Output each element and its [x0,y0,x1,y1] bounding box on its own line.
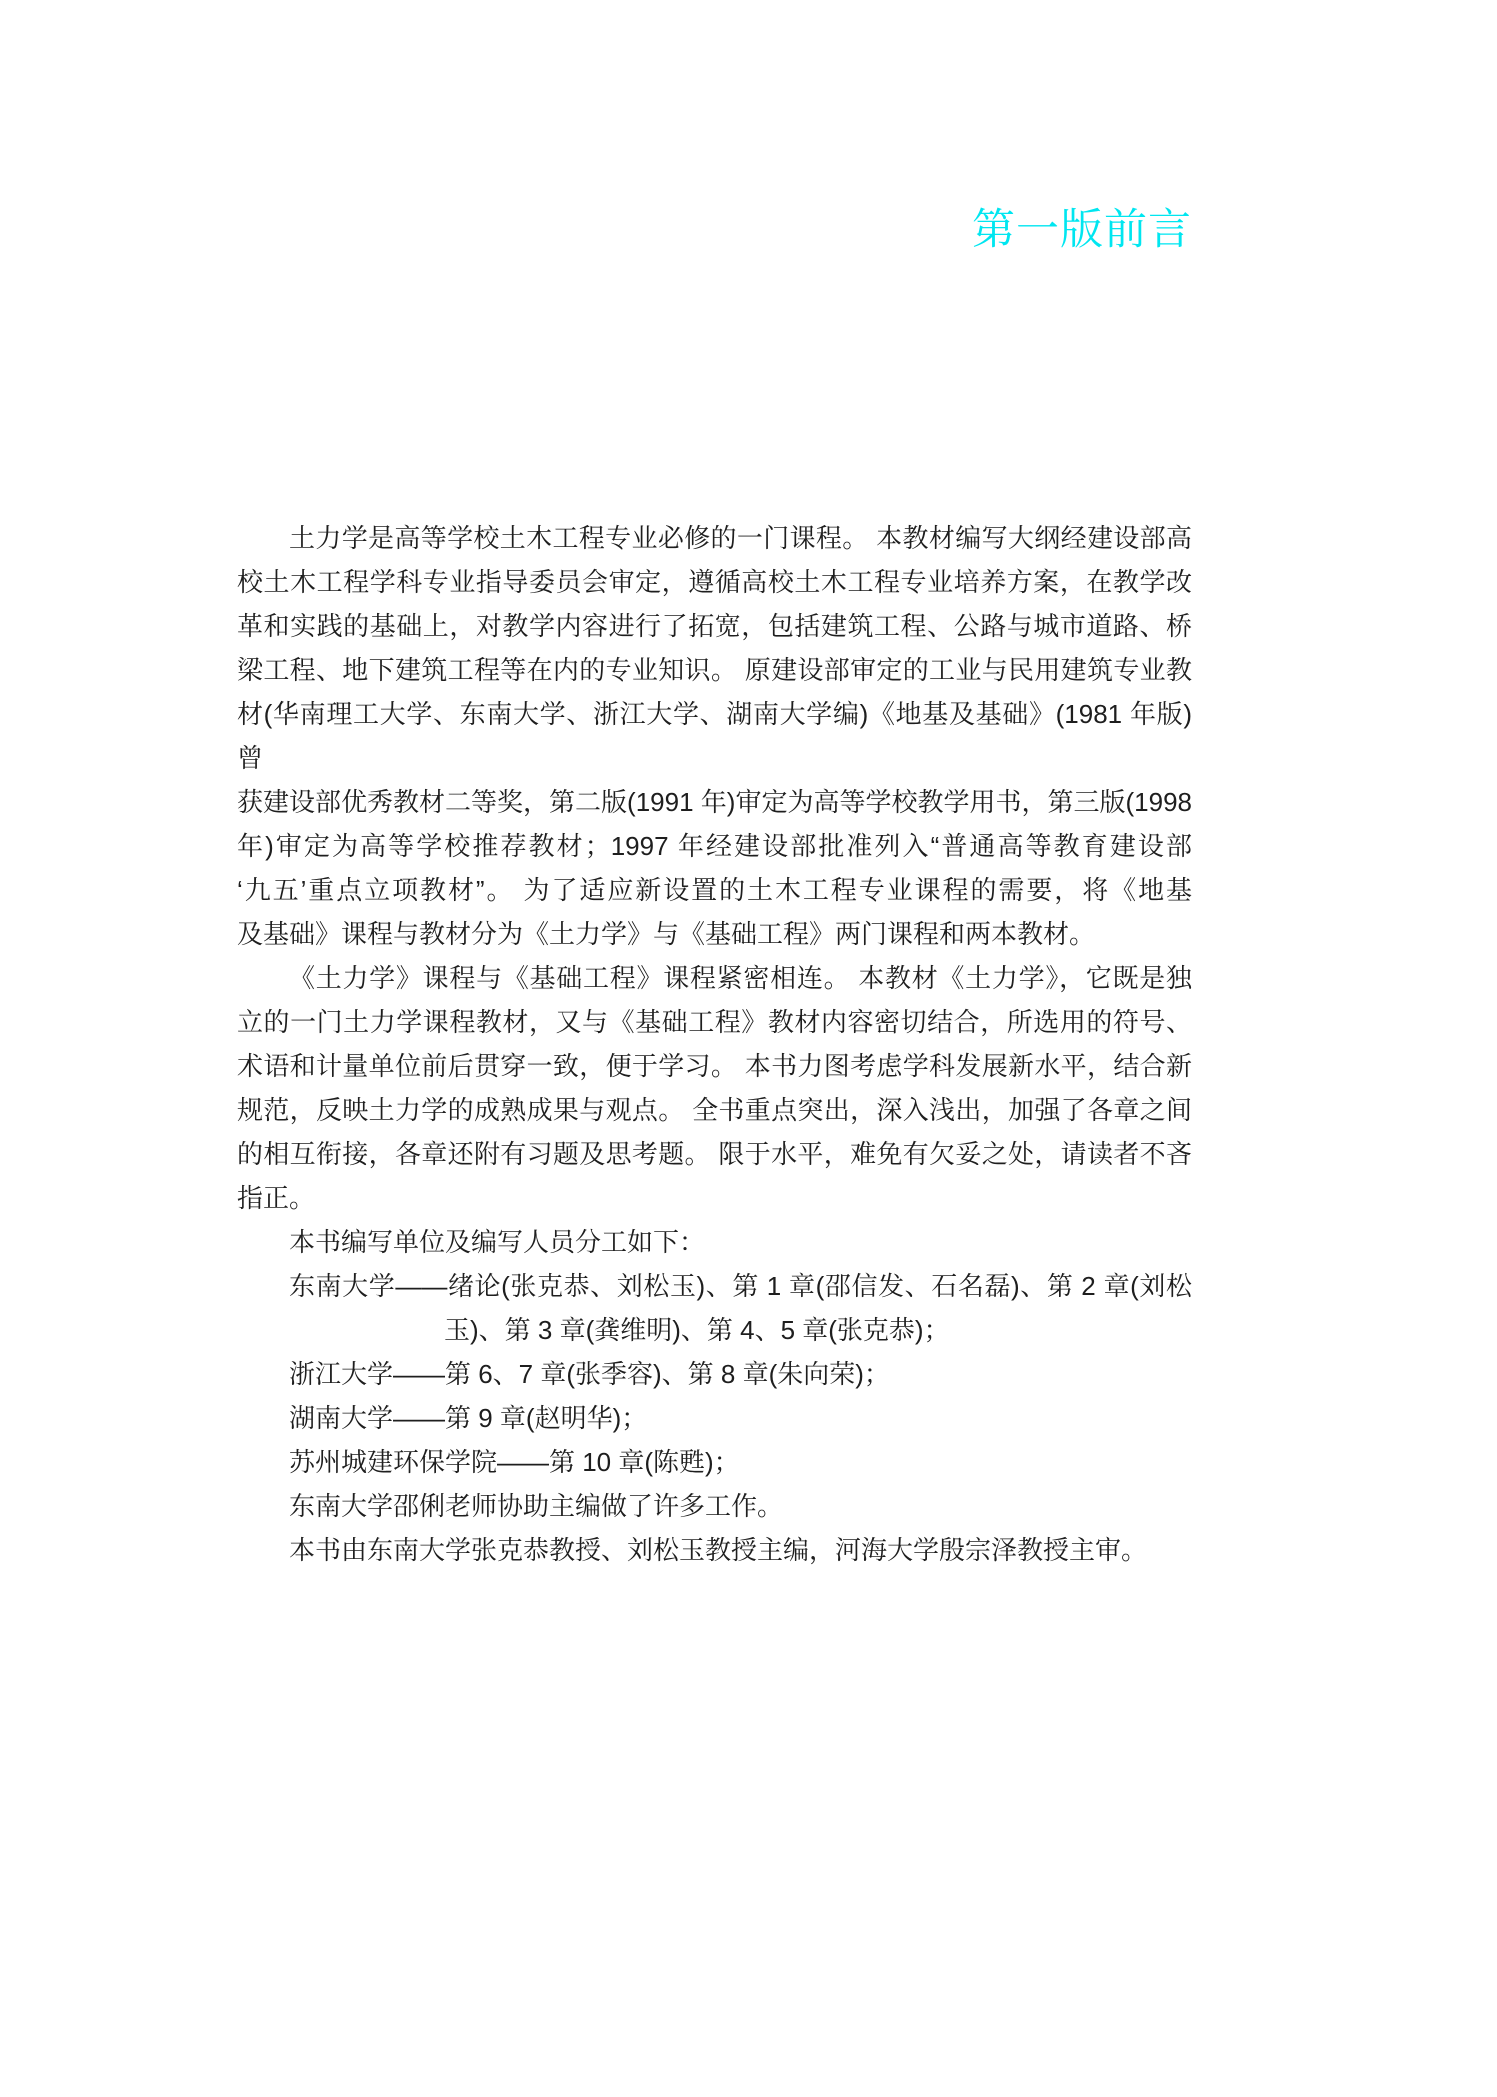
body-line: 年)审定为高等学校推荐教材；1997 年经建设部批准列入“普通高等教育建设部 [237,824,1192,868]
body-line: 获建设部优秀教材二等奖，第二版(1991 年)审定为高等学校教学用书，第三版(1… [237,780,1192,824]
body-line: 本书由东南大学张克恭教授、刘松玉教授主编，河海大学殷宗泽教授主审。 [237,1528,1192,1572]
body-line: 《土力学》课程与《基础工程》课程紧密相连。 本教材《土力学》，它既是独 [237,956,1192,1000]
body-line: 东南大学邵俐老师协助主编做了许多工作。 [237,1484,1192,1528]
body-line: 材(华南理工大学、东南大学、浙江大学、湖南大学编)《地基及基础》(1981 年版… [237,692,1192,780]
body-line: 立的一门土力学课程教材，又与《基础工程》教材内容密切结合，所选用的符号、 [237,1000,1192,1044]
body-line: 革和实践的基础上，对教学内容进行了拓宽，包括建筑工程、公路与城市道路、桥 [237,604,1192,648]
body-line: 及基础》课程与教材分为《土力学》与《基础工程》两门课程和两本教材。 [237,912,1192,956]
body-line: 术语和计量单位前后贯穿一致，便于学习。 本书力图考虑学科发展新水平，结合新 [237,1044,1192,1088]
body-line: 玉)、第 3 章(龚维明)、第 4、5 章(张克恭)； [237,1308,1192,1352]
body-line: 浙江大学——第 6、7 章(张季容)、第 8 章(朱向荣)； [237,1352,1192,1396]
body-line: 土力学是高等学校土木工程专业必修的一门课程。 本教材编写大纲经建设部高 [237,516,1192,560]
body-line: 苏州城建环保学院——第 10 章(陈甦)； [237,1440,1192,1484]
body-line: 校土木工程学科专业指导委员会审定，遵循高校土木工程专业培养方案，在教学改 [237,560,1192,604]
body-line: 湖南大学——第 9 章(赵明华)； [237,1396,1192,1440]
body-line: 梁工程、地下建筑工程等在内的专业知识。 原建设部审定的工业与民用建筑专业教 [237,648,1192,692]
body-line: 东南大学——绪论(张克恭、刘松玉)、第 1 章(邵信发、石名磊)、第 2 章(刘… [237,1264,1192,1308]
body-line: ‘九五’重点立项教材”。 为了适应新设置的土木工程专业课程的需要，将《地基 [237,868,1192,912]
page: 第一版前言 土力学是高等学校土木工程专业必修的一门课程。 本教材编写大纲经建设部… [0,0,1497,2097]
body-line: 指正。 [237,1176,1192,1220]
body-line: 规范，反映土力学的成熟成果与观点。 全书重点突出，深入浅出，加强了各章之间 [237,1088,1192,1132]
body-line: 本书编写单位及编写人员分工如下： [237,1220,1192,1264]
body-line: 的相互衔接，各章还附有习题及思考题。 限于水平，难免有欠妥之处，请读者不吝 [237,1132,1192,1176]
preface-body: 土力学是高等学校土木工程专业必修的一门课程。 本教材编写大纲经建设部高 校土木工… [237,516,1192,1572]
page-title: 第一版前言 [0,204,1192,256]
